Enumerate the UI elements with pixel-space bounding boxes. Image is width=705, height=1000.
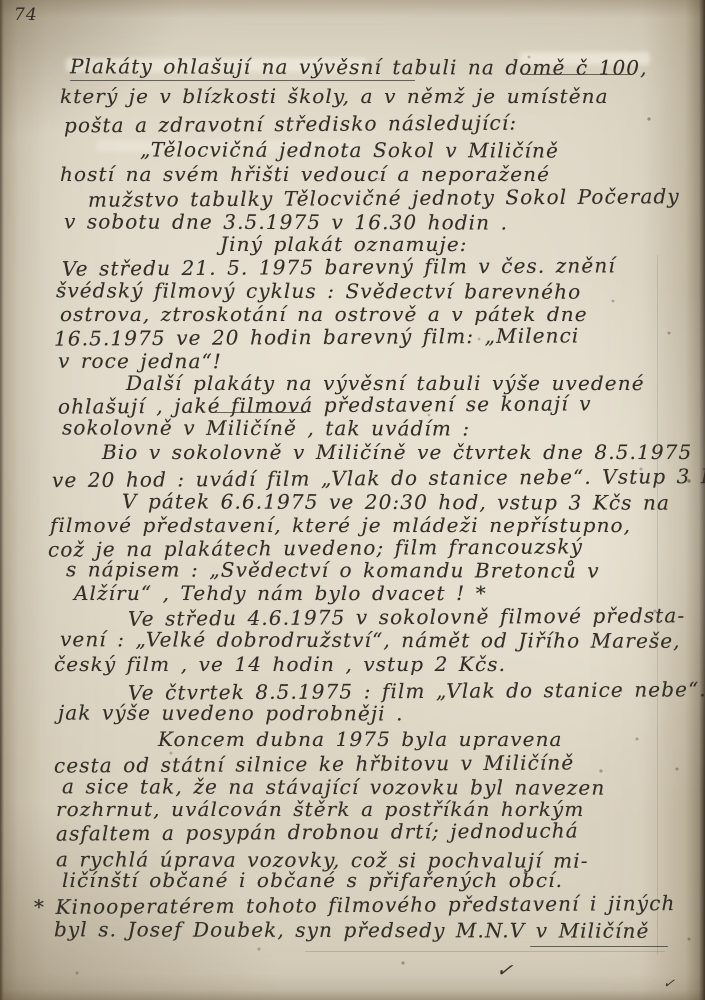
handwritten-line: v sobotu dne 3.5.1975 v 16.30 hodin . xyxy=(64,209,508,234)
handwritten-line: Plakáty ohlašují na vývěsní tabuli na do… xyxy=(70,54,648,80)
handwritten-text-layer: Plakáty ohlašují na vývěsní tabuli na do… xyxy=(0,0,705,1000)
handwritten-line: rozhrnut, uválcován štěrk a postříkán ho… xyxy=(56,797,584,821)
handwritten-line: sokolovně v Miličíně , tak uvádím : xyxy=(62,415,470,440)
handwritten-line: ostrova, ztroskotání na ostrově a v páte… xyxy=(60,302,588,326)
underline-mark xyxy=(530,946,668,947)
handwritten-line: V pátek 6.6.1975 ve 20:30 hod, vstup 3 K… xyxy=(122,489,670,514)
chronicle-page: 74 Plakáty ohlašují na vývěsní tabuli na… xyxy=(0,0,705,1000)
handwritten-line: Koncem dubna 1975 byla upravena xyxy=(158,727,563,751)
handwritten-line: švédský filmový cyklus : Svědectví barev… xyxy=(56,278,581,303)
handwritten-line: Jiný plakát oznamuje: xyxy=(220,232,468,256)
handwritten-line: pošta a zdravotní středisko následující: xyxy=(64,111,517,138)
handwritten-line: Ve středu 4.6.1975 v sokolovně filmové p… xyxy=(128,603,685,630)
handwritten-line: ve 20 hod : uvádí film „Vlak do stanice … xyxy=(52,464,705,492)
handwritten-line: vení : „Velké dobrodružství“, námět od J… xyxy=(60,627,681,653)
handwritten-line: 16.5.1975 ve 20 hodin barevný film: „Mil… xyxy=(54,323,580,350)
handwritten-line: byl s. Josef Doubek, syn předsedy M.N.V … xyxy=(54,917,649,943)
handwritten-line: Ve středu 21. 5. 1975 barevný film v čes… xyxy=(62,253,616,280)
handwritten-line: český film , ve 14 hodin , vstup 2 Kčs. xyxy=(54,652,506,676)
handwritten-line: Alžíru“ , Tehdy nám bylo dvacet ! * xyxy=(74,581,487,605)
handwritten-line: * Kinooperatérem tohoto filmového předst… xyxy=(34,891,676,919)
check-mark: ✓ xyxy=(661,975,678,992)
handwritten-line: Bio v sokolovně v Miličíně ve čtvrtek dn… xyxy=(102,440,692,464)
handwritten-line: ličínští občané i občané s přifařených o… xyxy=(62,868,563,892)
handwritten-line: v roce jedna“! xyxy=(58,349,222,373)
handwritten-line: s nápisem : „Svědectví o komandu Bretonc… xyxy=(66,557,600,582)
handwritten-line: a sice tak, že na stávající vozovku byl … xyxy=(62,774,605,799)
handwritten-line: jak výše uvedeno podrobněji . xyxy=(58,701,404,726)
handwritten-line: „Tělocvičná jednota Sokol v Miličíně xyxy=(140,137,559,162)
check-mark: ✓ xyxy=(494,957,519,982)
photo-background: 74 Plakáty ohlašují na vývěsní tabuli na… xyxy=(0,0,705,1000)
handwritten-line: mužstvo tabulky Tělocvičné jednoty Sokol… xyxy=(88,184,680,212)
handwritten-line: asfaltem a posypán drobnou drtí; jednodu… xyxy=(56,818,579,845)
handwritten-line: hostí na svém hřišti vedoucí a neporažen… xyxy=(60,162,550,186)
underline-mark xyxy=(70,80,415,81)
handwritten-line: který je v blízkosti školy, a v němž je … xyxy=(60,84,609,108)
handwritten-line: ohlašují , jaké filmová představení se k… xyxy=(58,391,592,418)
handwritten-line: filmové představení, které je mládeži ne… xyxy=(50,513,631,537)
